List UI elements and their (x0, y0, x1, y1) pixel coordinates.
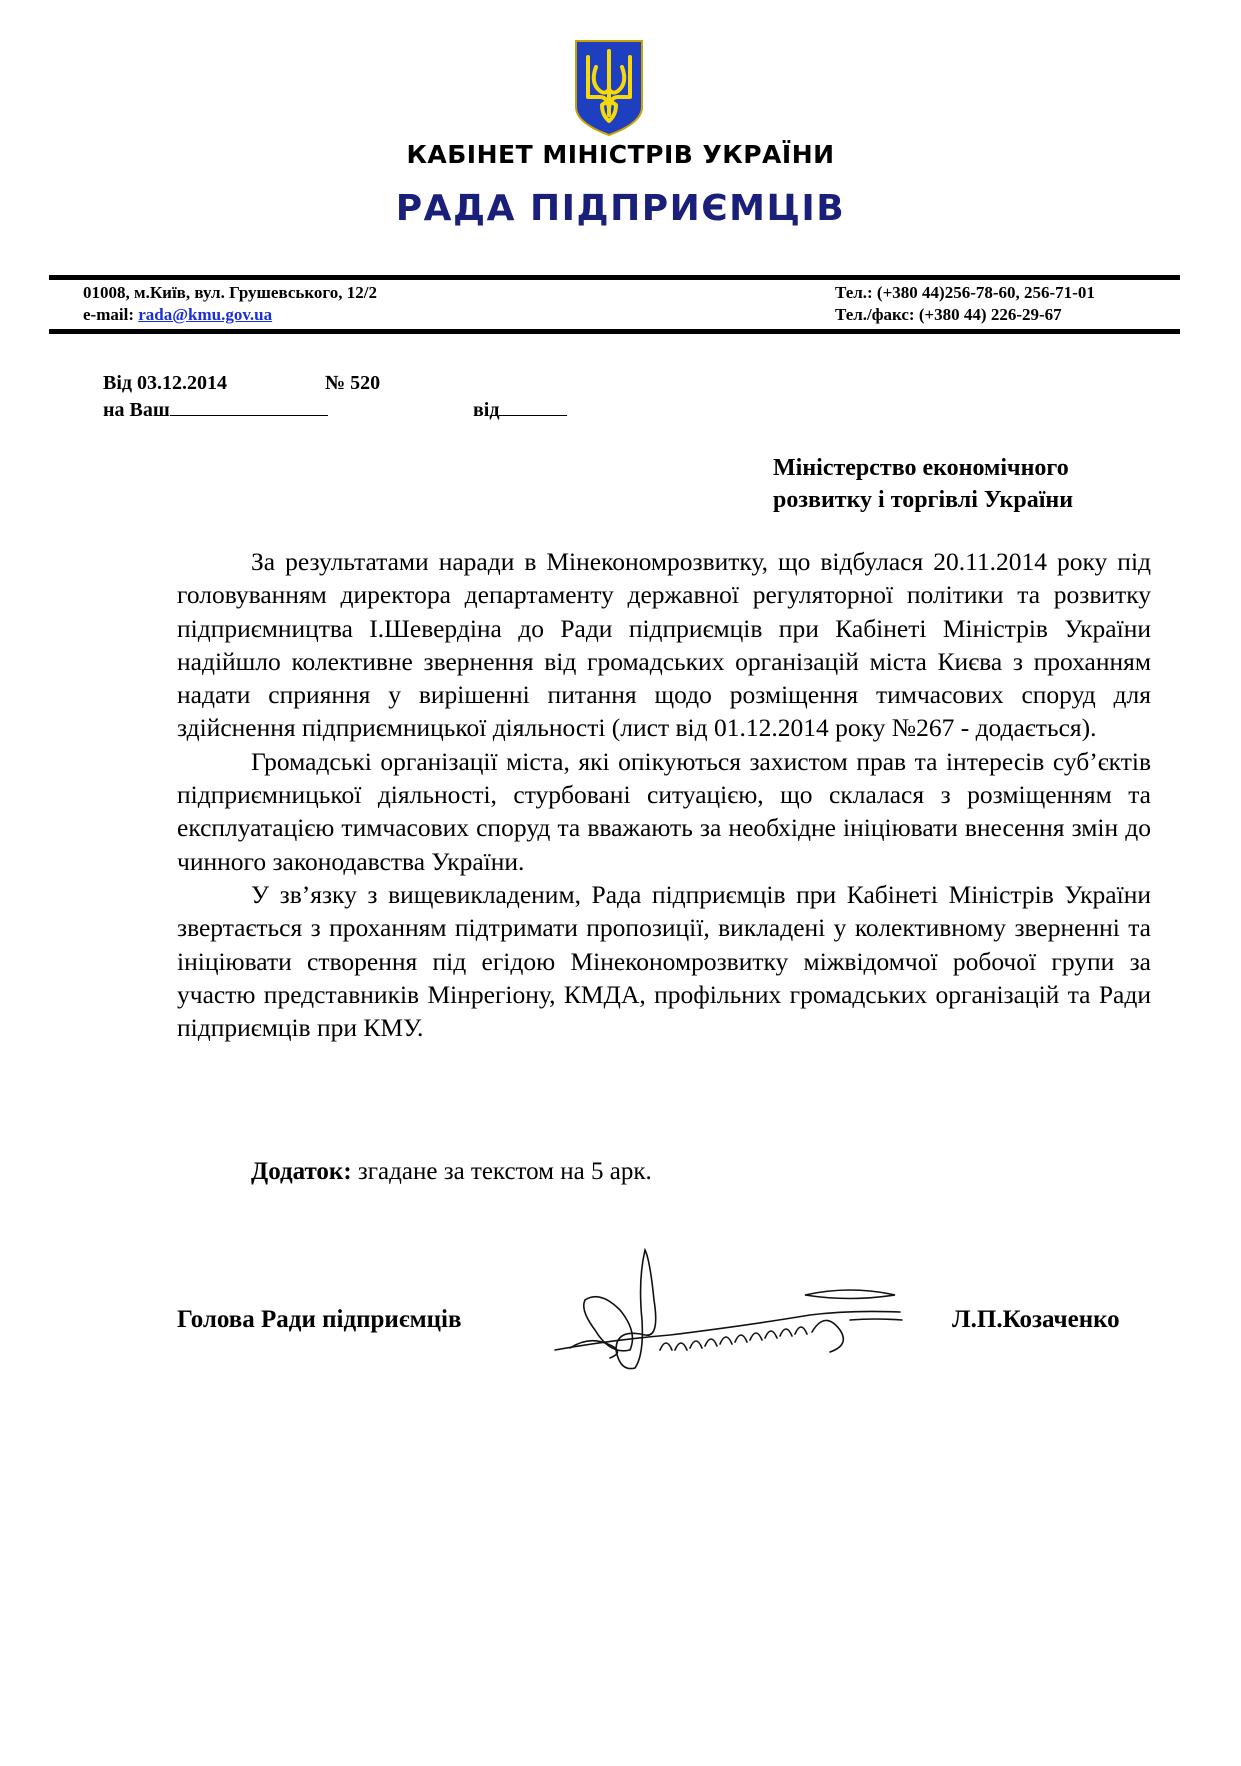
signatory-name: Л.П.Козаченко (952, 1306, 1120, 1334)
org-name-cabinet: КАБІНЕТ МІНІСТРІВ УКРАЇНИ (0, 140, 1241, 169)
addressee: Міністерство економічного розвитку і тор… (773, 452, 1073, 516)
phone: Тел.: (+380 44)256-78-60, 256-71-01 (835, 282, 1095, 304)
addressee-line-1: Міністерство економічного (773, 452, 1073, 484)
outgoing-number: № 520 (325, 370, 380, 396)
email-label: e-mail: (83, 305, 134, 324)
reply-label: на Ваш (103, 399, 170, 421)
org-name-council: РАДА ПІДПРИЄМЦІВ (0, 188, 1241, 229)
body-paragraph-1: За результатами наради в Мінекономрозвит… (177, 545, 1151, 745)
body-paragraph-2: Громадські організації міста, які опікую… (177, 745, 1151, 878)
header-rule-bottom (49, 329, 1180, 334)
attachment-note: Додаток: згадане за текстом на 5 арк. (251, 1158, 652, 1186)
reply-ref: на Ваш (103, 397, 328, 423)
reply-from-label: від (473, 399, 499, 421)
letter-body: За результатами наради в Мінекономрозвит… (177, 545, 1151, 1044)
address: 01008, м.Київ, вул. Грушевського, 12/2 (83, 282, 377, 304)
signatory-title: Голова Ради підприємців (177, 1306, 462, 1334)
email-line: e-mail: rada@kmu.gov.ua (83, 304, 377, 326)
body-paragraph-3: У зв’язку з вищевикладеним, Рада підприє… (177, 878, 1151, 1044)
header-rule-top (49, 275, 1180, 280)
fax: Тел./факс: (+380 44) 226-29-67 (835, 304, 1095, 326)
email-link[interactable]: rada@kmu.gov.ua (138, 305, 272, 324)
outgoing-date: Від 03.12.2014 (103, 370, 227, 396)
reply-number-blank (170, 397, 328, 416)
contact-left: 01008, м.Київ, вул. Грушевського, 12/2 e… (83, 282, 377, 326)
signature-icon (550, 1240, 910, 1380)
addressee-line-2: розвитку і торгівлі України (773, 484, 1073, 516)
contact-right: Тел.: (+380 44)256-78-60, 256-71-01 Тел.… (835, 282, 1095, 326)
attachment-text: згадане за текстом на 5 арк. (352, 1158, 652, 1185)
reply-from: від (473, 397, 567, 423)
coat-of-arms-icon (574, 39, 644, 137)
reply-date-blank (499, 397, 567, 416)
attachment-label: Додаток: (251, 1158, 352, 1185)
